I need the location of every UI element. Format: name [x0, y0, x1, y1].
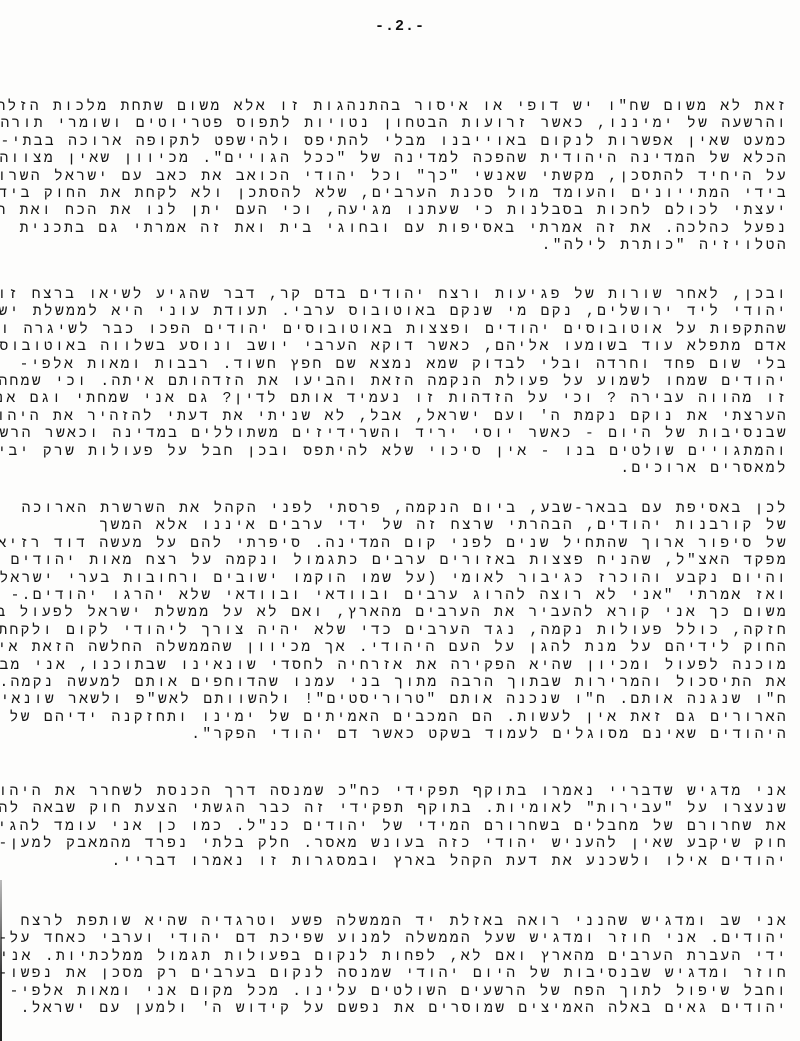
text-line: זאת לא משום שח"ו יש דופי או איסור בהתנהג… — [73, 99, 788, 116]
paragraph-4: אני מדגיש שדבריי נאמרו בתוקף תפקידי כח"כ… — [73, 784, 788, 871]
text-line: הכלא של המדינה היהודית שהפכה למדינה של "… — [73, 151, 788, 168]
text-line: חזקה, כולל פעולות נקמה, נגד הערבים כדי ש… — [73, 623, 788, 640]
paragraph-5: אני שב ומדגיש שהנני רואה באזלת יד הממשלה… — [73, 914, 788, 1018]
text-line: יעצתי לכולם לחכות בסבלנות כי שעתנו מגיעה… — [73, 203, 788, 220]
text-line: החוק לידיהם על מנת להגן על העם היהודי. א… — [73, 640, 788, 657]
page-number: -.2.- — [0, 18, 800, 35]
text-line: שנעצרו על "עבירות" לאומיות. בתוקף תפקידי… — [73, 801, 788, 818]
text-line: את התיסכול והמרירות שבתוך הרבה מתוך בני … — [73, 675, 788, 692]
text-line: את שחרורם של מחבלים בשחרורם המידי של יהו… — [73, 819, 788, 836]
text-line: מוכנה לפעול ומכיון שהיא הפקירה את אזרחיה… — [73, 658, 788, 675]
text-line: ובכן, לאחר שורות של פגיעות ורצח יהודים ב… — [73, 287, 788, 304]
text-line: של קורבנות יהודים, הבהרתי שרצח זה של ידי… — [73, 518, 788, 535]
text-line: חוק שיקבע שאין להעניש יהודי כזה בעונש מא… — [73, 836, 788, 853]
text-line: אני מדגיש שדבריי נאמרו בתוקף תפקידי כח"כ… — [73, 784, 788, 801]
text-line: בלי שום פחד וחרדה ובלי לבדוק שמא נמצא שם… — [73, 357, 788, 374]
text-line: הארורים גם זאת אין לעשות. הם המכבים האמי… — [73, 710, 788, 727]
text-line: יהודי ליד ירושלים, נקם מי שנקם באוטובוס … — [73, 304, 788, 321]
text-line: לכן באסיפת עם בבאר-שבע, ביום הנקמה, פרסת… — [73, 501, 788, 518]
text-line: מפקד האצ"ל, שהניח פצצות באזורים ערבים כת… — [73, 553, 788, 570]
text-line: נפעל כהלכה. את זה אמרתי באסיפות עם ובחוג… — [73, 221, 788, 238]
text-line: של סיפור ארוך שהתחיל שנים לפני קום המדינ… — [73, 536, 788, 553]
text-line: ח"ו שנגנה אותם. ח"ו שנכנה אותם "טרוריסטי… — [73, 692, 788, 709]
text-line: ואז אמרתי "אני לא רוצה להרוג ערבים ובווד… — [73, 588, 788, 605]
text-line: אני שב ומדגיש שהנני רואה באזלת יד הממשלה… — [73, 914, 788, 931]
text-line: ידי העברת הערבים מהארץ ואם לא, לפחות לנק… — [73, 949, 788, 966]
text-line: למאסרים ארוכים. — [73, 461, 788, 478]
text-line: כמעט שאין אפשרות לנקום באוייבנו מבלי להת… — [73, 134, 788, 151]
text-line: אדם מתפלא עוד בשומעו אליהם, כאשר דוקא הע… — [73, 339, 788, 356]
text-line: וחבל שיפול לתוך הפח של הרשעים השולטים על… — [73, 984, 788, 1001]
text-line: זו מהווה עבירה ? וכי על הזדהות זו נעמיד … — [73, 391, 788, 408]
text-line: שהתקפות על אוטובוסים יהודים ופצצות באוטו… — [73, 322, 788, 339]
text-line: יהודים אילו ולשכנע את דעת הקהל בארץ ובמס… — [73, 854, 788, 871]
text-line: והרשעה של ימיננו, כאשר זרועות הבטחון נטו… — [73, 116, 788, 133]
text-line: היהודים שאינם מסוגלים לעמוד בשקט כאשר דם… — [73, 727, 788, 744]
text-line: יהודים שמחו לשמוע על פעולת הנקמה הזאת וה… — [73, 374, 788, 391]
text-line: יהודים גאים באלה האמיצים שמוסרים את נפשם… — [73, 1001, 788, 1018]
text-line: הטלויזיה "כותרת לילה". — [73, 238, 788, 255]
text-line: יהודים. אני חוזר ומדגיש שעל הממשלה למנוע… — [73, 931, 788, 948]
text-line: על היחיד להתסכן, מקשתי שאנשי "כך" וכל יה… — [73, 169, 788, 186]
paragraph-3: לכן באסיפת עם בבאר-שבע, ביום הנקמה, פרסת… — [73, 501, 788, 745]
paragraph-2: ובכן, לאחר שורות של פגיעות ורצח יהודים ב… — [73, 287, 788, 478]
text-line: שבנסיבות של היום - כאשר יוסי יריד והשריד… — [73, 426, 788, 443]
text-line: והמתגויים שולטים בנו - אין סיכוי שלא להי… — [73, 444, 788, 461]
text-line: הערצתי את נוקם נקמת ה' ועם ישראל, אבל, ל… — [73, 409, 788, 426]
text-line: בידי המתייונים והעומד מול סכנת הערבים, ש… — [73, 186, 788, 203]
text-line: משום כך אני קורא להעביר את הערבים מהארץ,… — [73, 605, 788, 622]
paragraph-1: זאת לא משום שח"ו יש דופי או איסור בהתנהג… — [73, 99, 788, 256]
text-line: חוזר ומדגיש שבנסיבות של היום יהודי שמנסה… — [73, 966, 788, 983]
text-line: והיום נקבע והוכרז כגיבור לאומי (על שמו ה… — [73, 571, 788, 588]
